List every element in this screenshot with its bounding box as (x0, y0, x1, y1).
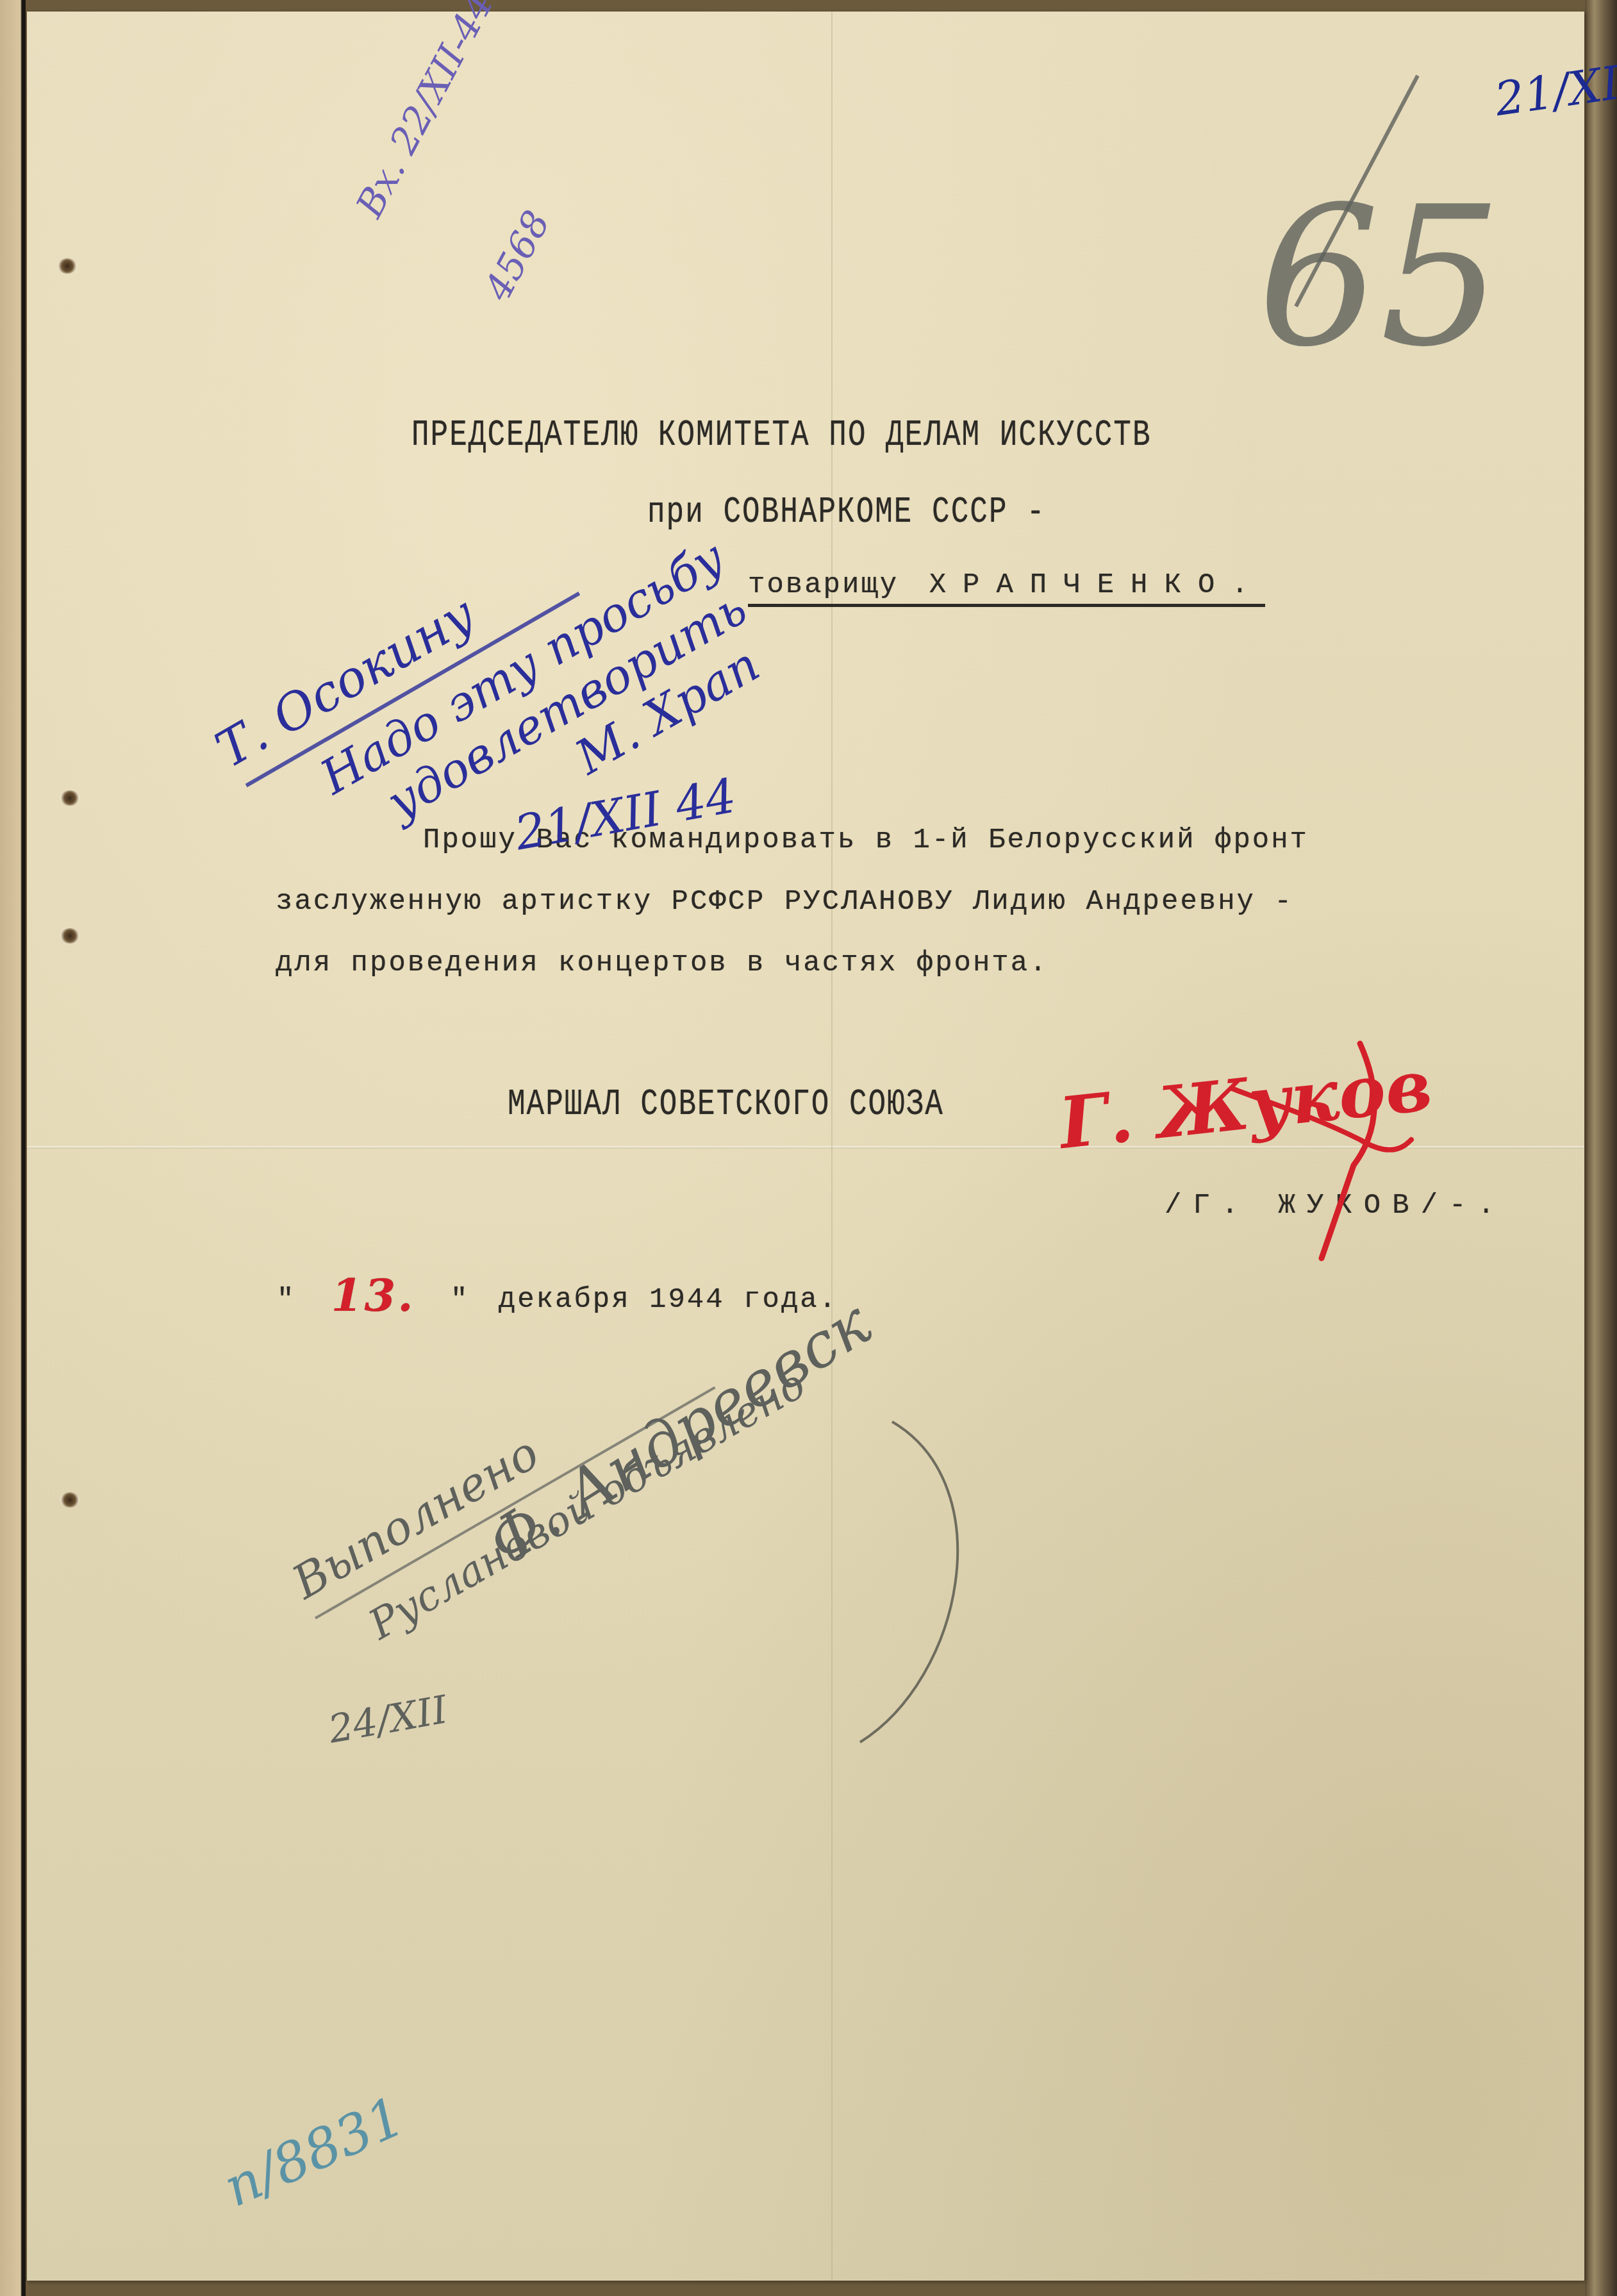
execution-signature-loop (27, 12, 1584, 2281)
document-page: ПРЕДСЕДАТЕЛЮ КОМИТЕТА ПО ДЕЛАМ ИСКУССТВ … (27, 12, 1584, 2281)
folder-binding-right (1585, 0, 1617, 2296)
folder-binding-left (0, 0, 26, 2296)
